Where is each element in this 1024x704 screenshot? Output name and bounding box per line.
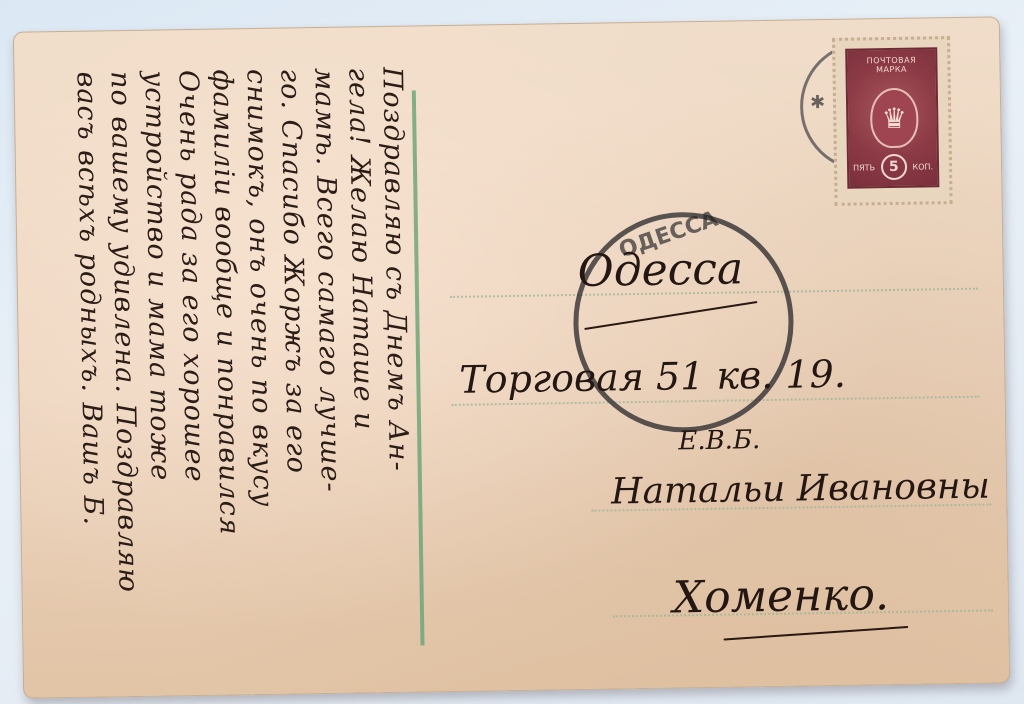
asterisk-icon: ✱ — [810, 92, 825, 113]
address-city: Одесса — [577, 243, 743, 297]
postcard: Поздравляю съ Днемъ Ан- гела! Желаю Ната… — [13, 16, 1010, 698]
stamp-value: 5 — [881, 154, 907, 180]
address-initials: Е.В.Б. — [678, 425, 760, 456]
stamp-design: ПОЧТОВАЯ МАРКА ♛ ПЯТЬ 5 КОП. — [845, 47, 939, 188]
recipient-name: Натальи Ивановны — [611, 466, 990, 513]
double-eagle-icon: ♛ — [870, 88, 919, 149]
address-street: Торговая 51 кв. 19. — [459, 352, 846, 402]
surname-underline — [724, 626, 909, 641]
stamp-value-right: КОП. — [912, 162, 933, 171]
stamp-value-left: ПЯТЬ — [853, 163, 875, 172]
stamp-value-row: ПЯТЬ 5 КОП. — [853, 153, 933, 180]
postage-stamp: ПОЧТОВАЯ МАРКА ♛ ПЯТЬ 5 КОП. — [832, 36, 953, 206]
stamp-top-text: ПОЧТОВАЯ МАРКА — [853, 55, 929, 74]
recipient-surname: Хоменко. — [672, 569, 889, 623]
handwritten-message: Поздравляю съ Днемъ Ан- гела! Желаю Ната… — [28, 67, 418, 683]
